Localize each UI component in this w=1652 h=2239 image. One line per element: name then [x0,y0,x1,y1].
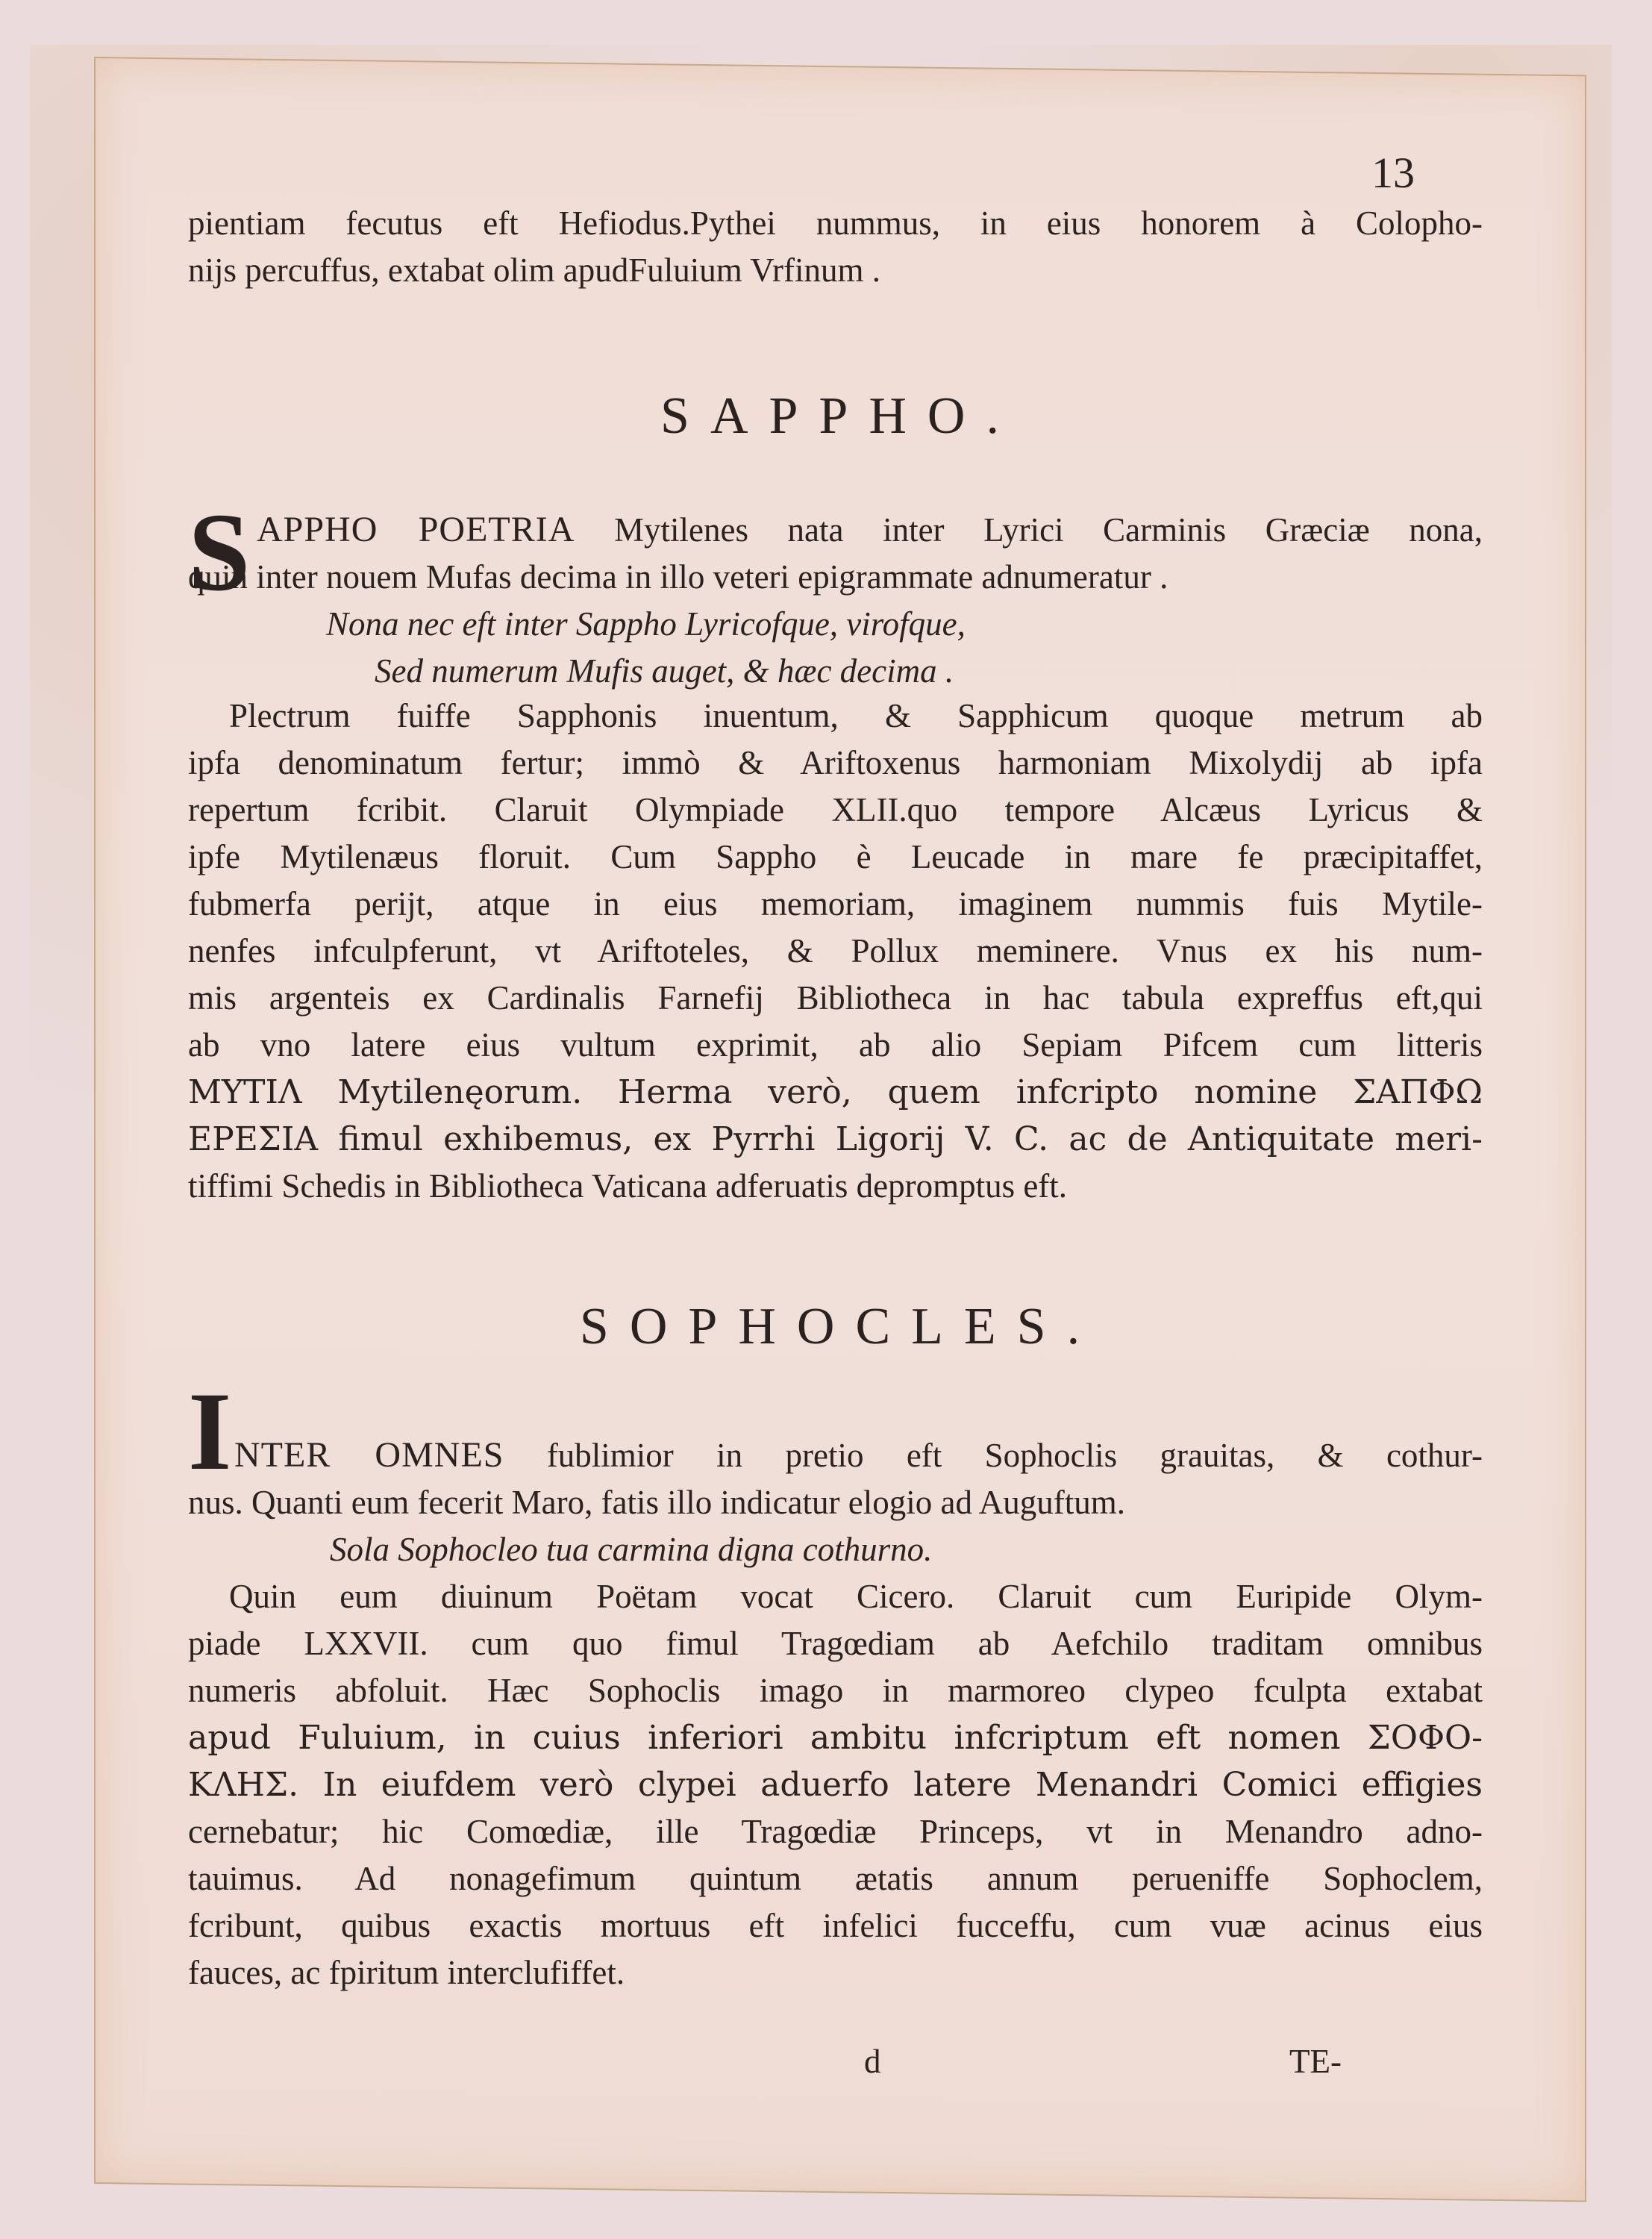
signature-mark: d [864,2042,881,2081]
text-line: fcribunt, quibus exactis mortuus eft inf… [188,1902,1483,1949]
intro-paragraph: pientiam fecutus eft Hefiodus.Pythei num… [188,200,1483,294]
text-line: nijs percuffus, extabat olim apudFuluium… [188,247,1483,294]
text-line: piade LXXVII. cum quo fimul Tragœdiam ab… [188,1620,1483,1667]
text-line: nenfes infculpferunt, vt Ariftoteles, & … [188,928,1483,975]
opening-caps: NTER OMNES [234,1435,504,1475]
text-line: tiffimi Schedis in Bibliotheca Vaticana … [188,1163,1483,1210]
text-line: cernebatur; hic Comœdiæ, ille Tragœdiæ P… [188,1808,1483,1855]
text-line: tauimus. Ad nonagefimum quintum ætatis a… [188,1855,1483,1902]
printed-page-sheet: 13 pientiam fecutus eft Hefiodus.Pythei … [94,57,1586,2202]
text-line: mis argenteis ex Cardinalis Farnefij Bib… [188,975,1483,1022]
text-line: numeris abfoluit. Hæc Sophoclis imago in… [188,1667,1483,1714]
text-line: Plectrum fuiffe Sapphonis inuentum, & Sa… [188,693,1483,740]
opening-caps: APPHO POETRIA [257,510,575,549]
text-line: fauces, ac fpiritum interclufiffet. [188,1949,1483,1996]
text-line: ab vno latere eius vultum exprimit, ab a… [188,1022,1483,1069]
section-heading-sophocles: SOPHOCLES. [96,1297,1585,1357]
verse-line: Sed numerum Mufis auget, & hæc decima . [188,648,1483,695]
text-line: pientiam fecutus eft Hefiodus.Pythei num… [188,200,1483,247]
verse-line: Nona nec eft inter Sappho Lyricofque, vi… [188,601,1483,648]
text-line: nus. Quanti eum fecerit Maro, fatis illo… [188,1479,1483,1526]
text-line: repertum fcribit. Claruit Olympiade XLII… [188,787,1483,834]
page-number: 13 [1371,148,1415,198]
text-line: NTER OMNES fublimior in pretio eft Sopho… [188,1431,1483,1479]
catchword: TE- [1289,2042,1342,2081]
text-line: ΚΛΗΣ. In eiufdem verò clypei aduerfo lat… [188,1761,1483,1808]
text-line: ipfa denominatum fertur; immò & Ariftoxe… [188,740,1483,787]
verse-line: Sola Sophocleo tua carmina digna cothurn… [188,1526,1483,1573]
drop-cap-i: I [188,1379,231,1484]
opening-rest: fublimior in pretio eft Sophoclis grauit… [547,1437,1483,1474]
text-line: APPHO POETRIA Mytilenes nata inter Lyric… [188,506,1483,554]
text-line: apud Fuluium, in cuius inferiori ambitu … [188,1714,1483,1761]
sappho-opening-paragraph: S APPHO POETRIA Mytilenes nata inter Lyr… [188,506,1483,695]
text-line: ΜΥΤΙΛ Mytilenęorum. Herma verò, quem inf… [188,1069,1483,1116]
sappho-body-paragraph: Plectrum fuiffe Sapphonis inuentum, & Sa… [188,693,1483,1210]
text-line: fubmerfa perijt, atque in eius memoriam,… [188,881,1483,928]
sophocles-body-paragraph: Quin eum diuinum Poëtam vocat Cicero. Cl… [188,1573,1483,1996]
section-heading-sappho: SAPPHO. [96,387,1585,446]
text-line: ΕΡΕΣΙΑ fimul exhibemus, ex Pyrrhi Ligori… [188,1116,1483,1163]
opening-rest: Mytilenes nata inter Lyrici Carminis Græ… [614,511,1483,549]
text-line: ipfe Mytilenæus floruit. Cum Sappho è Le… [188,834,1483,881]
sophocles-opening-paragraph: I NTER OMNES fublimior in pretio eft Sop… [188,1431,1483,1573]
text-line: quin inter nouem Mufas decima in illo ve… [188,554,1483,601]
drop-cap-s: S [188,500,250,605]
text-line: Quin eum diuinum Poëtam vocat Cicero. Cl… [188,1573,1483,1620]
